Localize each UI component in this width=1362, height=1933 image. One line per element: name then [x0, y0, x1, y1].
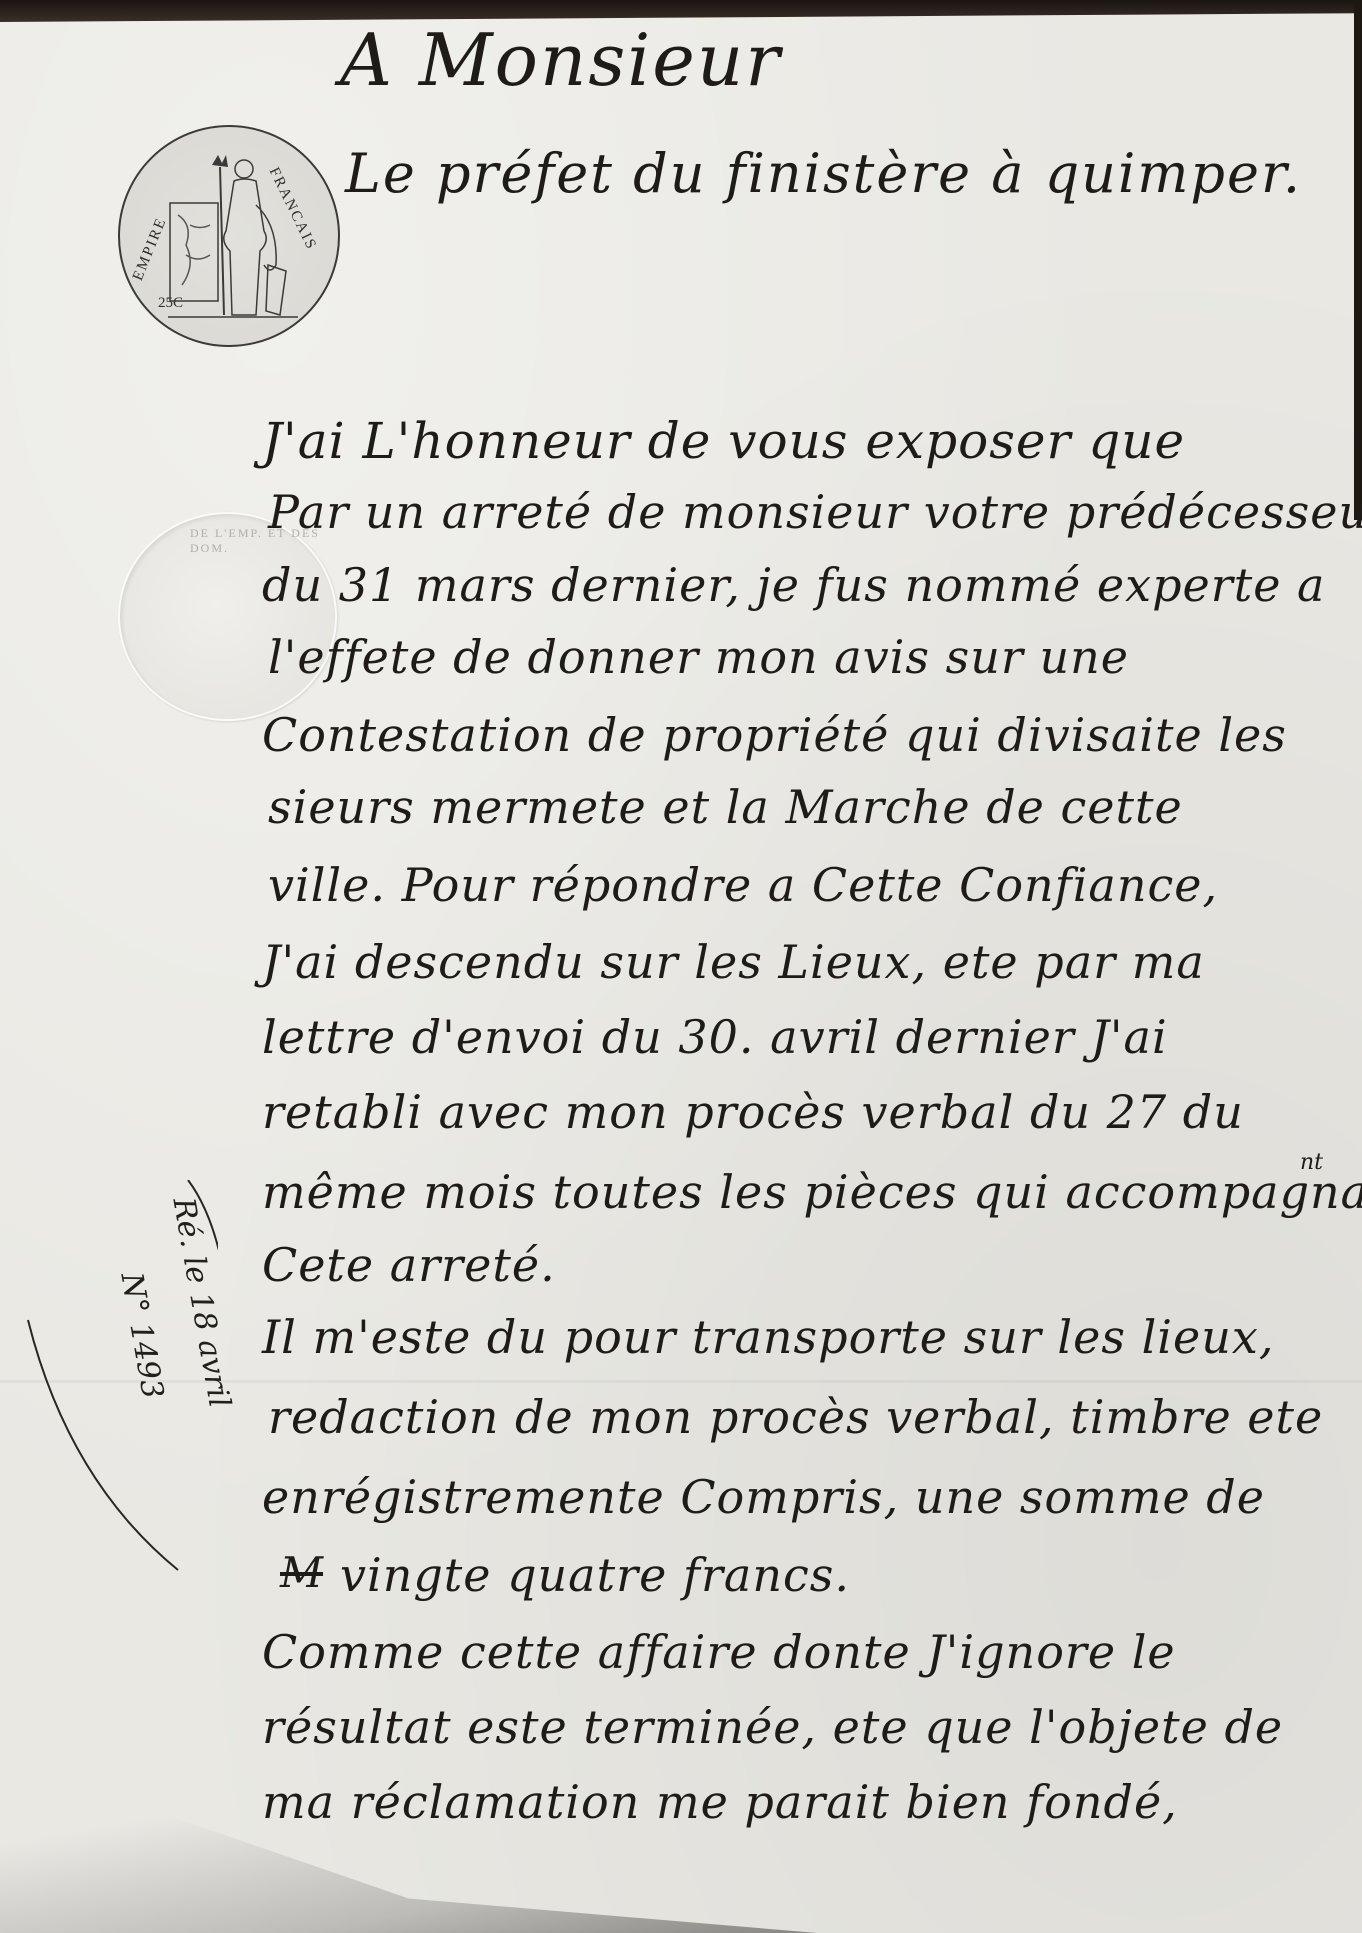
body-line-14: redaction de mon procès verbal, timbre e… — [268, 1390, 1323, 1444]
body-line-7: ville. Pour répondre a Cette Confiance, — [268, 858, 1218, 912]
body-line-13: Il m'este du pour transporte sur les lie… — [262, 1310, 1274, 1364]
struck-out-word: M — [280, 1548, 323, 1597]
address-line-2: Le préfet du finistère à quimper. — [345, 142, 1302, 205]
right-edge-shadow — [1354, 0, 1362, 520]
body-line-5: Contestation de propriété qui divisaite … — [262, 708, 1287, 762]
superscript-nt: nt — [1300, 1150, 1323, 1175]
body-line-1: J'ai L'honneur de vous exposer que — [262, 412, 1185, 470]
body-line-4: l'effete de donner mon avis sur une — [268, 630, 1129, 684]
fiscal-stamp: EMPIRE FRANCAIS 25C — [118, 125, 340, 347]
body-line-15: enrégistremente Compris, une somme de — [262, 1470, 1265, 1524]
body-line-3: du 31 mars dernier, je fus nommé experte… — [262, 558, 1325, 612]
body-line-6: sieurs mermete et la Marche de cette — [268, 780, 1183, 834]
body-line-12: Cete arreté. — [262, 1238, 556, 1292]
letter-page: EMPIRE FRANCAIS 25C DE L'EMP. ET DES DOM… — [0, 0, 1362, 1933]
address-line-1: A Monsieur — [340, 18, 782, 102]
body-line-2: Par un arreté de monsieur votre prédéces… — [268, 485, 1362, 539]
body-line-9: lettre d'envoi du 30. avril dernier J'ai — [262, 1010, 1168, 1064]
body-line-17: Comme cette affaire donte J'ignore le — [262, 1625, 1176, 1679]
body-line-16: vingte quatre francs. — [340, 1548, 850, 1602]
stamp-text-empire: EMPIRE — [130, 215, 171, 284]
allegorical-figure-icon — [168, 145, 298, 325]
body-line-19: ma réclamation me parait bien fondé, — [262, 1775, 1178, 1829]
body-line-10: retabli avec mon procès verbal du 27 du — [262, 1085, 1244, 1139]
embossed-seal: DE L'EMP. ET DES DOM. — [118, 512, 337, 721]
body-line-11: même mois toutes les pièces qui accompag… — [262, 1165, 1362, 1219]
body-line-8: J'ai descendu sur les Lieux, ete par ma — [262, 935, 1205, 989]
body-line-18: résultat este terminée, ete que l'objete… — [262, 1700, 1283, 1754]
